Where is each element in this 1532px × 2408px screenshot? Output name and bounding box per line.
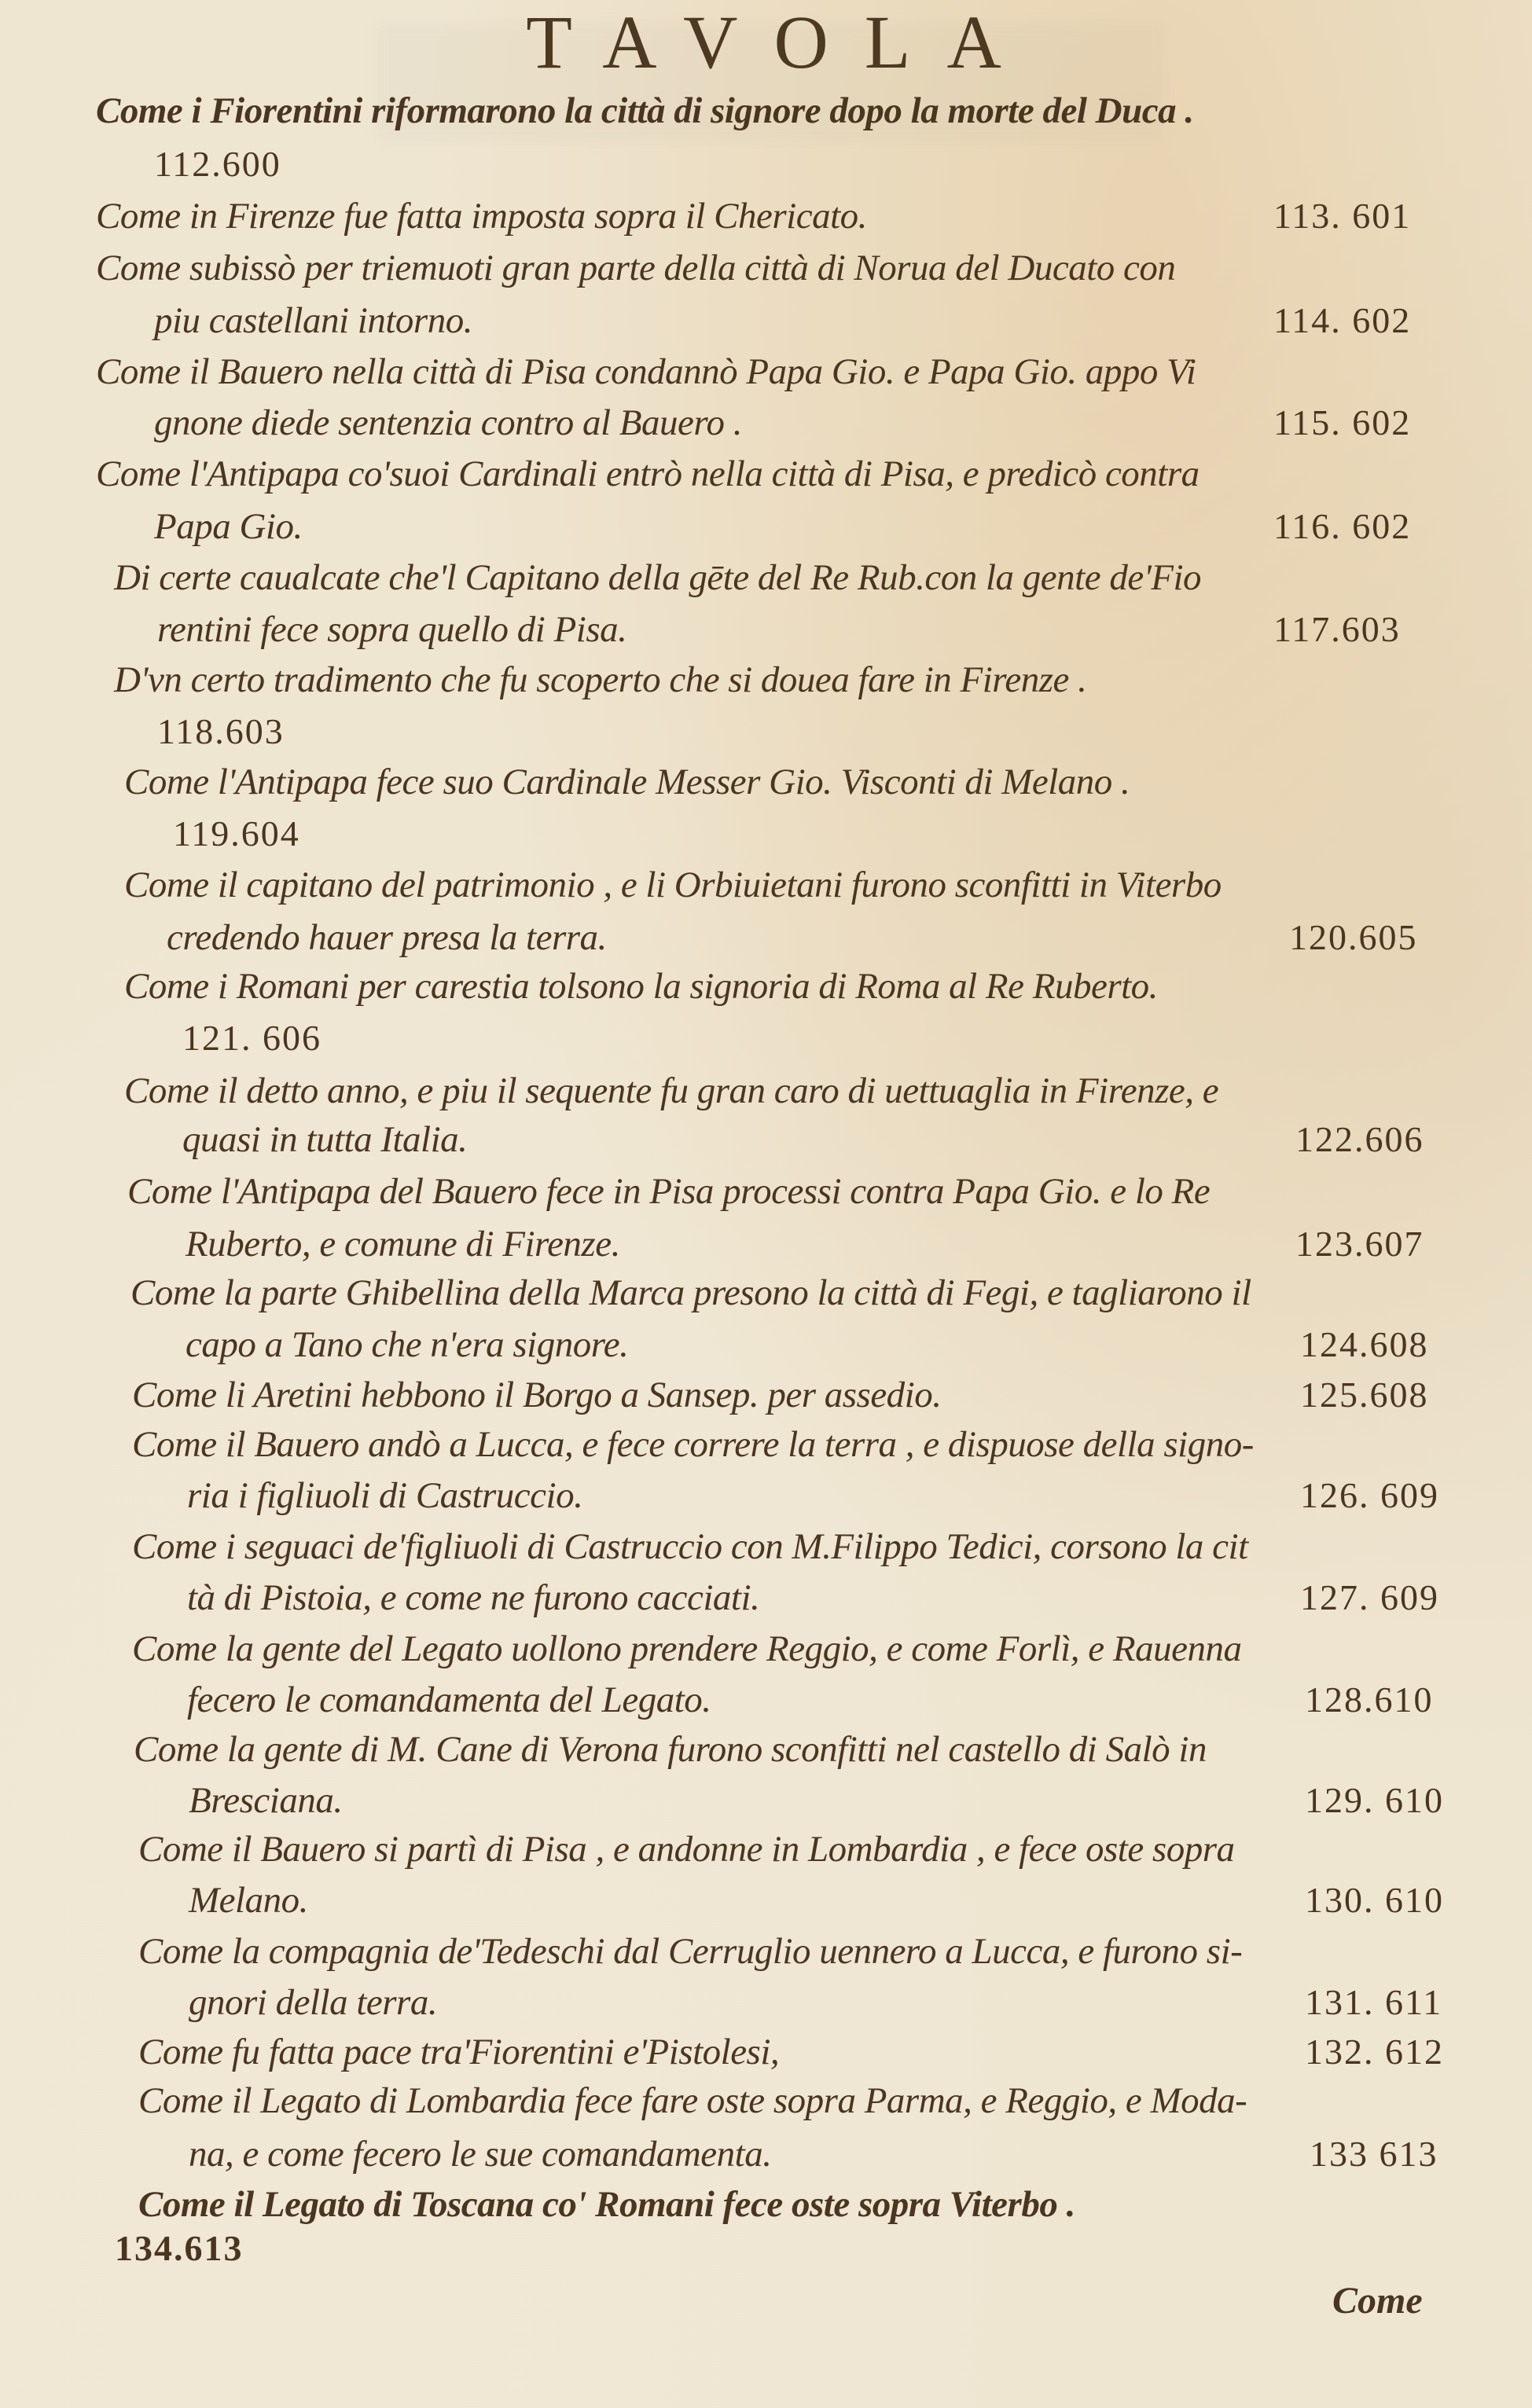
entry-11-ref: 123.607	[1295, 1226, 1424, 1262]
entry-5-line-1: rentini fece sopra quello di Pisa.	[157, 611, 626, 648]
entry-16-ref: 128.610	[1305, 1682, 1434, 1718]
entry-11-line-0: Come l'Antipapa del Bauero fece in Pisa …	[127, 1173, 1210, 1210]
entry-1-ref: 113. 601	[1273, 198, 1411, 234]
entry-13-line-0: Come li Aretini hebbono il Borgo a Sanse…	[132, 1377, 942, 1414]
entry-9-ref: 121. 606	[182, 1020, 321, 1056]
entry-17-line-0: Come la gente di M. Cane di Verona furon…	[134, 1731, 1207, 1768]
entry-20-line-0: Come fu fatta pace tra'Fiorentini e'Pist…	[138, 2034, 779, 2071]
entry-17-ref: 129. 610	[1305, 1782, 1444, 1819]
entry-10-line-0: Come il detto anno, e piu il sequente fu…	[124, 1073, 1218, 1110]
entry-0-ref: 112.600	[154, 146, 281, 182]
entry-6-ref: 118.603	[157, 714, 285, 750]
entry-4-line-1: Papa Gio.	[154, 508, 303, 545]
entry-6-line-0: D'vn certo tradimento che fu scoperto ch…	[114, 662, 1086, 699]
entry-14-line-0: Come il Bauero andò a Lucca, e fece corr…	[132, 1426, 1254, 1463]
entry-7-ref: 119.604	[173, 816, 300, 852]
entry-12-ref: 124.608	[1300, 1327, 1429, 1363]
entry-14-line-1: ria i figliuoli di Castruccio.	[187, 1477, 582, 1514]
entry-5-ref: 117.603	[1273, 611, 1401, 648]
entry-18-ref: 130. 610	[1305, 1882, 1444, 1918]
entry-15-line-0: Come i seguaci de'figliuoli di Castrucci…	[132, 1529, 1248, 1566]
entry-11-line-1: Ruberto, e comune di Firenze.	[186, 1226, 620, 1263]
entry-18-line-0: Come il Bauero si partì di Pisa , e ando…	[138, 1831, 1235, 1868]
entry-4-line-0: Come l'Antipapa co'suoi Cardinali entrò …	[96, 456, 1200, 493]
entry-18-line-1: Melano.	[189, 1882, 308, 1919]
entry-8-line-1: credendo hauer presa la terra.	[167, 920, 607, 956]
entry-9-line-0: Come i Romani per carestia tolsono la si…	[124, 968, 1158, 1005]
entry-22-ref: 134.613	[115, 2230, 244, 2267]
catchword: Come	[1332, 2279, 1423, 2322]
entry-10-line-1: quasi in tutta Italia.	[182, 1121, 467, 1158]
entry-21-ref: 133 613	[1310, 2136, 1438, 2172]
page-title: TAVOLA	[0, 5, 1532, 80]
entry-1-line-0: Come in Firenze fue fatta imposta sopra …	[96, 198, 867, 235]
entry-5-line-0: Di certe caualcate che'l Capitano della …	[114, 560, 1201, 596]
book-page: TAVOLA Come i Fiorentini riformarono la …	[0, 0, 1532, 2408]
entry-13-ref: 125.608	[1300, 1377, 1429, 1413]
entry-7-line-0: Come l'Antipapa fece suo Cardinale Messe…	[124, 764, 1130, 801]
entry-3-line-1: gnone diede sentenzia contro al Bauero .	[154, 405, 742, 442]
entry-3-line-0: Come il Bauero nella città di Pisa conda…	[96, 354, 1196, 391]
entry-0-line-0: Come i Fiorentini riformarono la città d…	[96, 93, 1194, 130]
entry-21-line-0: Come il Legato di Lombardia fece fare os…	[138, 2083, 1247, 2120]
entry-17-line-1: Bresciana.	[189, 1782, 343, 1819]
entry-19-ref: 131. 611	[1305, 1984, 1442, 2021]
entry-12-line-1: capo a Tano che n'era signore.	[186, 1327, 628, 1364]
entry-19-line-1: gnori della terra.	[189, 1984, 437, 2021]
entry-10-ref: 122.606	[1295, 1121, 1424, 1158]
entry-19-line-0: Come la compagnia de'Tedeschi dal Cerrug…	[138, 1933, 1242, 1970]
entry-2-line-1: piu castellani intorno.	[154, 303, 472, 340]
entry-12-line-0: Come la parte Ghibellina della Marca pre…	[130, 1275, 1251, 1312]
entry-15-line-1: tà di Pistoia, e come ne furono cacciati…	[187, 1580, 759, 1617]
entry-15-ref: 127. 609	[1300, 1580, 1439, 1616]
entry-2-line-0: Come subissò per triemuoti gran parte de…	[96, 250, 1175, 287]
entry-2-ref: 114. 602	[1273, 303, 1411, 339]
entry-4-ref: 116. 602	[1273, 508, 1411, 545]
entry-8-ref: 120.605	[1289, 920, 1418, 956]
entry-21-line-1: na, e come fecero le sue comandamenta.	[189, 2136, 771, 2173]
entry-16-line-0: Come la gente del Legato uollono prender…	[132, 1631, 1241, 1668]
entry-20-ref: 132. 612	[1305, 2034, 1444, 2070]
entry-14-ref: 126. 609	[1300, 1477, 1439, 1514]
entry-3-ref: 115. 602	[1273, 405, 1411, 441]
entry-16-line-1: fecero le comandamenta del Legato.	[187, 1682, 711, 1719]
entry-22-line-0: Come il Legato di Toscana co' Romani fec…	[138, 2186, 1075, 2223]
entry-8-line-0: Come il capitano del patrimonio , e li O…	[124, 867, 1222, 904]
